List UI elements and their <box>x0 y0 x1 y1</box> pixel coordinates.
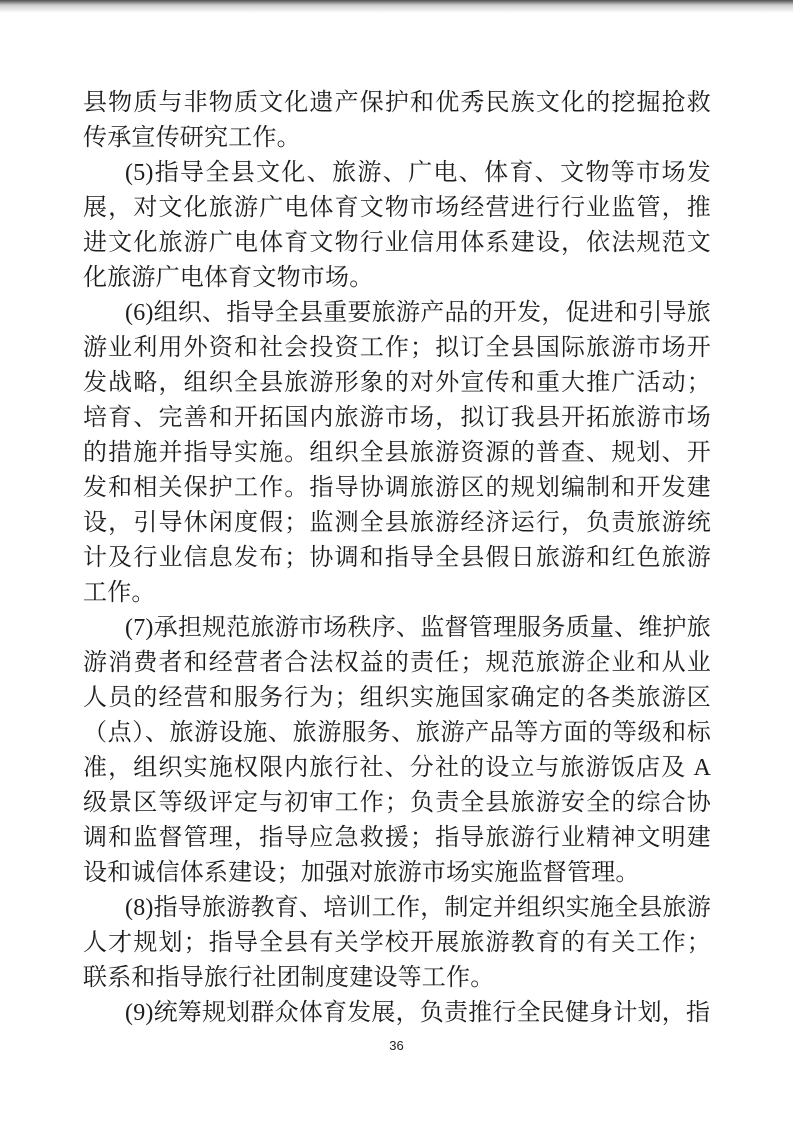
paragraph-item-7: (7)承担规范旅游市场秩序、监督管理服务质量、维护旅游消费者和经营者合法权益的责… <box>83 611 711 891</box>
document-body: 县物质与非物质文化遗产保护和优秀民族文化的挖掘抢救传承宣传研究工作。 (5)指导… <box>83 86 711 1031</box>
paragraph-item-9: (9)统筹规划群众体育发展，负责推行全民健身计划，指 <box>83 996 711 1031</box>
document-page: 县物质与非物质文化遗产保护和优秀民族文化的挖掘抢救传承宣传研究工作。 (5)指导… <box>0 0 793 1122</box>
scan-shadow-top <box>0 0 793 13</box>
page-number: 36 <box>0 1038 793 1053</box>
paragraph-continued: 县物质与非物质文化遗产保护和优秀民族文化的挖掘抢救传承宣传研究工作。 <box>83 86 711 156</box>
paragraph-item-5: (5)指导全县文化、旅游、广电、体育、文物等市场发展，对文化旅游广电体育文物市场… <box>83 156 711 296</box>
paragraph-item-8: (8)指导旅游教育、培训工作，制定并组织实施全县旅游人才规划；指导全县有关学校开… <box>83 891 711 996</box>
paragraph-item-6: (6)组织、指导全县重要旅游产品的开发，促进和引导旅游业利用外资和社会投资工作；… <box>83 296 711 611</box>
